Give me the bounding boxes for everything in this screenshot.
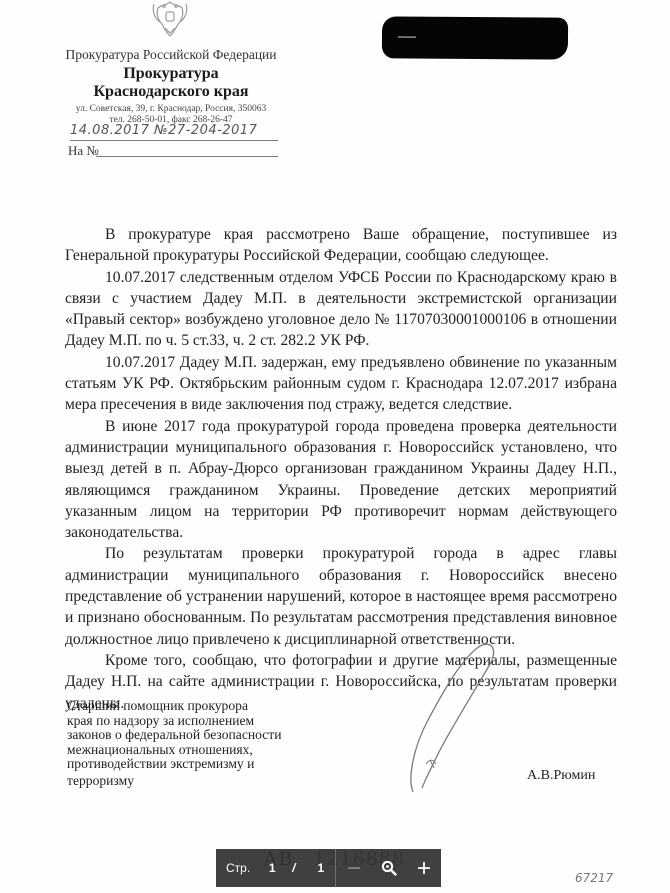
coat-of-arms-emblem-icon (148, 0, 192, 38)
parent-organization: Прокуратура Российской Федерации (56, 47, 286, 63)
body-paragraph: В июне 2017 года прокуратурой города про… (65, 416, 617, 544)
outgoing-ref-handwritten: 14.08.2017 №27-204-2017 (70, 123, 257, 138)
signer-title-line: Старший помощник прокурора (67, 699, 282, 714)
organization-name-line2: Краснодарского края (56, 83, 286, 101)
zoom-reset-button[interactable] (371, 849, 406, 887)
signer-title-line: края по надзору за исполнением (67, 714, 282, 729)
footer-handwritten-note: 67217 (575, 871, 613, 885)
zoom-in-button[interactable] (406, 849, 441, 887)
signer-title-line: противодействии экстремизму и (67, 757, 282, 772)
body-paragraph: 10.07.2017 Дадеу М.П. задержан, ему пред… (65, 352, 617, 416)
body-paragraph: По результатам проверки прокуратурой гор… (65, 543, 617, 649)
body-paragraph: 10.07.2017 следственным отделом УФСБ Рос… (65, 267, 617, 352)
organization-name-line1: Прокуратура (56, 65, 286, 83)
page-navigator: Стр. / 1 (216, 849, 335, 887)
page-separator: / (292, 861, 295, 875)
page-label: Стр. (226, 861, 250, 875)
plus-icon (417, 861, 431, 875)
minus-icon (347, 861, 361, 875)
document-page: Прокуратура Российской Федерации Прокура… (0, 0, 670, 893)
signer-title-line: межнациональных отношениях, (67, 743, 282, 758)
reply-to-underline (96, 156, 278, 157)
handwritten-signature-icon (400, 640, 520, 800)
document-viewer-toolbar: Стр. / 1 (216, 849, 441, 887)
magnifier-icon (381, 860, 397, 876)
redacted-addressee (382, 16, 568, 59)
total-pages: 1 (318, 861, 325, 875)
current-page-input[interactable] (258, 861, 286, 875)
body-paragraph: В прокуратуре края рассмотрено Ваше обра… (65, 224, 617, 267)
organization-address: ул. Советская, 39, г. Краснодар, Россия,… (56, 104, 286, 114)
signer-title-line: законов о федеральной безопасности (67, 728, 282, 743)
reply-to-label: На № (68, 143, 99, 159)
zoom-out-button[interactable] (336, 849, 371, 887)
letter-body: В прокуратуре края рассмотрено Ваше обра… (65, 224, 617, 714)
signer-name: А.В.Рюмин (527, 768, 595, 784)
signer-title-line: терроризму (67, 774, 282, 789)
signer-title: Старший помощник прокурора края по надзо… (67, 699, 282, 789)
